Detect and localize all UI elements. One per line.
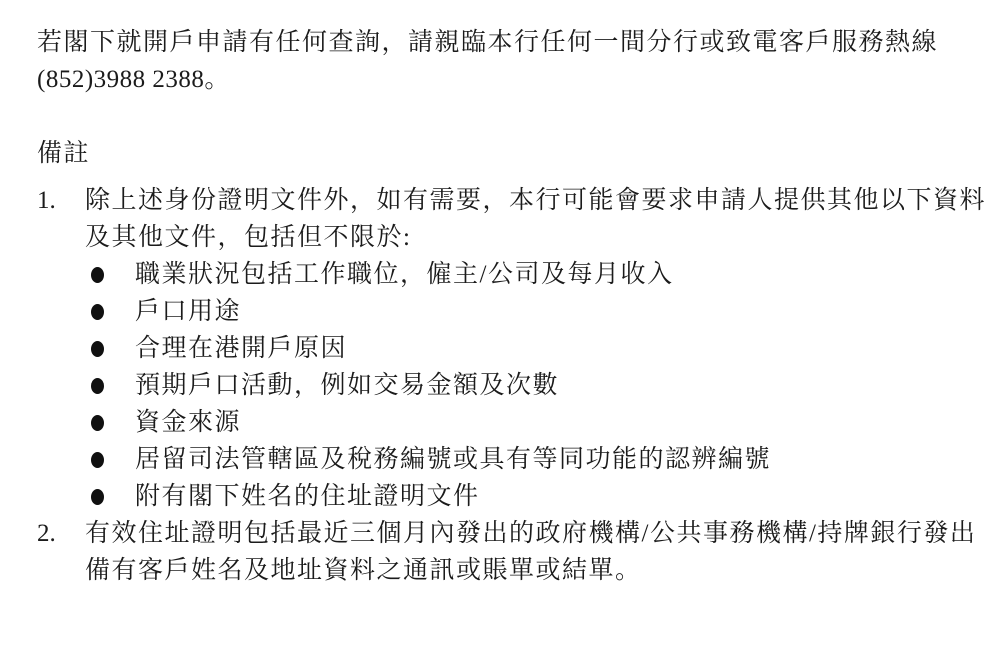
note-item-1-line-1: 除上述身份證明文件外，如有需要，本行可能會要求申請人提供其他以下資料 [85,182,963,219]
note-item-2-content: 有效住址證明包括最近三個月內發出的政府機構/公共事務機構/持牌銀行發出 備有客戶… [85,515,963,589]
note-item-1-number: 1. [37,182,85,219]
required-info-list: 職業狀況包括工作職位，僱主/公司及每月收入 戶口用途 合理在港開戶原因 預期戶口… [85,256,963,515]
list-item-expected-activity: 預期戶口活動，例如交易金額及次數 [85,367,963,404]
bullet-icon [91,415,104,431]
bullet-icon [91,341,104,357]
document-page: 若閣下就開戶申請有任何查詢，請親臨本行任何一間分行或致電客戶服務熱線 (852)… [0,0,1000,589]
bullet-icon [91,452,104,468]
list-item-text: 附有閣下姓名的住址證明文件 [135,478,480,515]
list-item-account-purpose: 戶口用途 [85,293,963,330]
list-item-occupation: 職業狀況包括工作職位，僱主/公司及每月收入 [85,256,963,293]
bullet-icon [91,378,104,394]
list-item-text: 預期戶口活動，例如交易金額及次數 [135,367,559,404]
list-item-text: 居留司法管轄區及稅務編號或具有等同功能的認辨編號 [135,441,771,478]
bullet-icon [91,489,104,505]
list-item-text: 合理在港開戶原因 [135,330,347,367]
bullet-icon [91,304,104,320]
note-item-2-line-1: 有效住址證明包括最近三個月內發出的政府機構/公共事務機構/持牌銀行發出 [85,515,963,552]
note-item-2-line-2: 備有客戶姓名及地址資料之通訊或賬單或結單。 [85,552,963,589]
note-item-2-number: 2. [37,515,85,552]
note-item-2: 2. 有效住址證明包括最近三個月內發出的政府機構/公共事務機構/持牌銀行發出 備… [37,515,963,589]
intro-line-2-phone-number: (852)3988 2388。 [37,61,963,98]
list-item-tax-jurisdiction: 居留司法管轄區及稅務編號或具有等同功能的認辨編號 [85,441,963,478]
note-item-1-content: 除上述身份證明文件外，如有需要，本行可能會要求申請人提供其他以下資料 及其他文件… [85,182,963,515]
notes-heading: 備註 [37,135,963,172]
intro-line-1: 若閣下就開戶申請有任何查詢，請親臨本行任何一間分行或致電客戶服務熱線 [37,24,963,61]
intro-paragraph: 若閣下就開戶申請有任何查詢，請親臨本行任何一間分行或致電客戶服務熱線 (852)… [37,24,963,98]
list-item-text: 資金來源 [135,404,241,441]
list-item-source-of-funds: 資金來源 [85,404,963,441]
note-item-1: 1. 除上述身份證明文件外，如有需要，本行可能會要求申請人提供其他以下資料 及其… [37,182,963,515]
list-item-address-proof: 附有閣下姓名的住址證明文件 [85,478,963,515]
bullet-icon [91,267,104,283]
list-item-reason-open-account: 合理在港開戶原因 [85,330,963,367]
list-item-text: 職業狀況包括工作職位，僱主/公司及每月收入 [135,256,673,293]
list-item-text: 戶口用途 [135,293,241,330]
note-item-1-line-2: 及其他文件，包括但不限於: [85,219,963,256]
